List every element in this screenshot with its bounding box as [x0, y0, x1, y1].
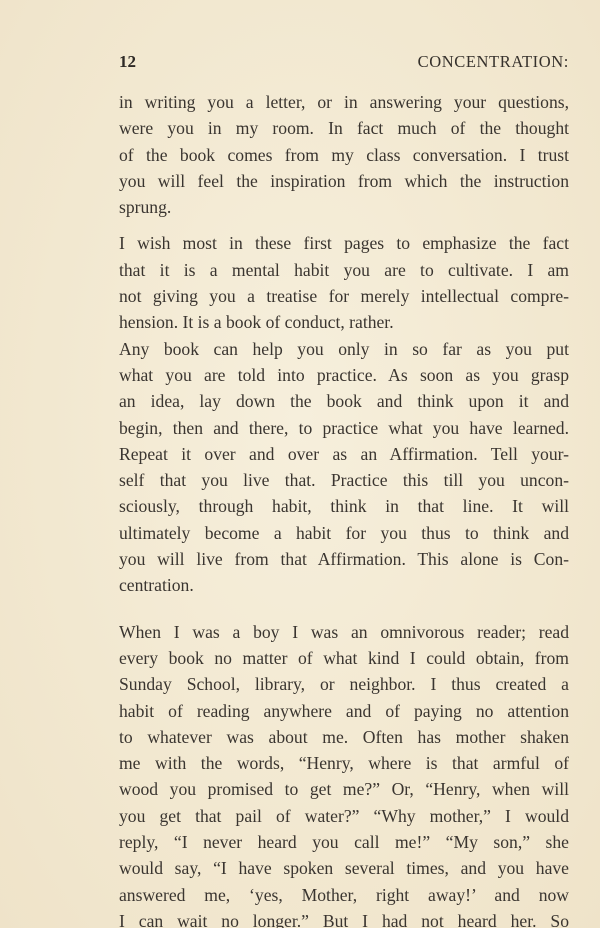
text-line: to whatever was about me. Often has moth… [119, 724, 569, 750]
running-head: 12 CONCENTRATION: [119, 50, 569, 74]
text-line: hension. It is a book of conduct, rather… [119, 309, 569, 335]
text-line: me with the words, “Henry, where is that… [119, 750, 569, 776]
book-page: 12 CONCENTRATION: in writing you a lette… [0, 0, 600, 928]
text-line: centration. [119, 572, 569, 598]
running-title: CONCENTRATION: [418, 52, 569, 72]
text-line: that it is a mental habit you are to cul… [119, 257, 569, 283]
text-line: I wish most in these first pages to emph… [119, 230, 569, 256]
text-line: an idea, lay down the book and think upo… [119, 388, 569, 414]
text-line: self that you live that. Practice this t… [119, 467, 569, 493]
text-line: sprung. [119, 194, 569, 220]
text-line: sciously, through habit, think in that l… [119, 493, 569, 519]
text-line: in writing you a letter, or in answering… [119, 89, 569, 115]
text-line: habit of reading anywhere and of paying … [119, 698, 569, 724]
paragraph-2: I wish most in these first pages to emph… [119, 230, 569, 335]
text-line: were you in my room. In fact much of the… [119, 115, 569, 141]
text-line: Any book can help you only in so far as … [119, 336, 569, 362]
paragraph-gap [119, 599, 569, 619]
text-line: begin, then and there, to practice what … [119, 415, 569, 441]
text-line: you will feel the inspiration from which… [119, 168, 569, 194]
paragraph-3: Any book can help you only in so far as … [119, 336, 569, 599]
body-text: in writing you a letter, or in answering… [119, 89, 569, 928]
text-line: you get that pail of water?” “Why mother… [119, 803, 569, 829]
paragraph-1: in writing you a letter, or in answering… [119, 89, 569, 220]
text-line: not giving you a treatise for merely int… [119, 283, 569, 309]
text-line: of the book comes from my class conversa… [119, 142, 569, 168]
text-line: ultimately become a habit for you thus t… [119, 520, 569, 546]
text-line: reply, “I never heard you call me!” “My … [119, 829, 569, 855]
text-line: Repeat it over and over as an Affirmatio… [119, 441, 569, 467]
text-line: answered me, ‘yes, Mother, right away!’ … [119, 882, 569, 908]
page-number: 12 [119, 52, 136, 72]
text-line: Sunday School, library, or neighbor. I t… [119, 671, 569, 697]
text-line: When I was a boy I was an omnivorous rea… [119, 619, 569, 645]
text-line: you will live from that Affirmation. Thi… [119, 546, 569, 572]
text-line: what you are told into practice. As soon… [119, 362, 569, 388]
text-line: every book no matter of what kind I coul… [119, 645, 569, 671]
text-line: wood you promised to get me?” Or, “Henry… [119, 776, 569, 802]
text-line: would say, “I have spoken several times,… [119, 855, 569, 881]
text-line: I can wait no longer.” But I had not hea… [119, 908, 569, 928]
paragraph-gap [119, 220, 569, 230]
paragraph-4: When I was a boy I was an omnivorous rea… [119, 619, 569, 928]
